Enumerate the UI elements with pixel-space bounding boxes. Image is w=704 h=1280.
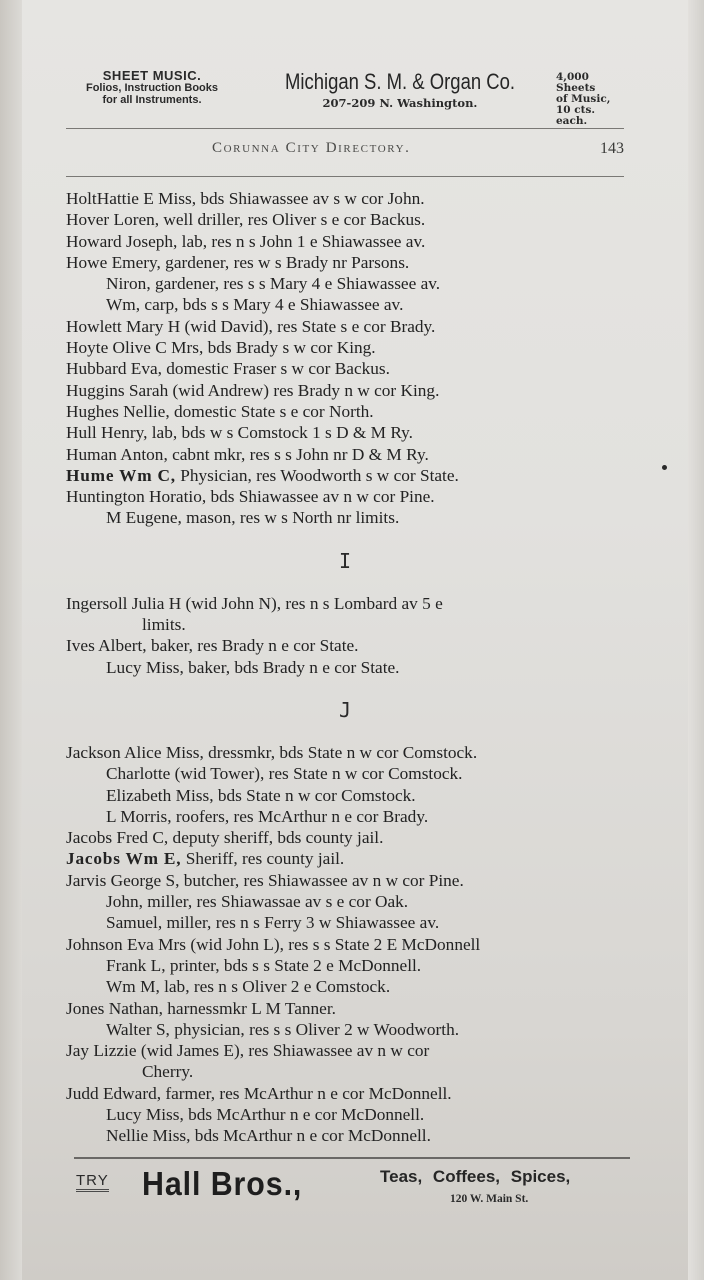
directory-entry: Huntington Horatio, bds Shiawassee av n … (66, 486, 656, 507)
directory-entry: Hull Henry, lab, bds w s Comstock 1 s D … (66, 422, 656, 443)
ad-sheets-count: 4,000 Sheets (556, 72, 626, 94)
directory-entry: Niron, gardener, res s s Mary 4 e Shiawa… (66, 273, 656, 294)
top-advertisement: SHEET MUSIC. Folios, Instruction Books f… (62, 70, 624, 116)
ad-hall-bros: Hall Bros., (142, 1165, 302, 1203)
directory-title: Corunna City Directory. (212, 140, 410, 157)
ad-company-name: Michigan S. M. & Organ Co. (274, 70, 526, 94)
directory-entry: Jones Nathan, harnessmkr L M Tanner. (66, 998, 656, 1019)
section-j-entries: Jackson Alice Miss, dressmkr, bds State … (66, 742, 656, 1147)
ad-try: TRY (76, 1173, 109, 1192)
ad-company-address: 207-209 N. Washington. (250, 96, 550, 110)
directory-entry: Judd Edward, farmer, res McArthur n e co… (66, 1083, 656, 1104)
directory-entry: Hubbard Eva, domestic Fraser s w cor Bac… (66, 358, 656, 379)
page-number: 143 (600, 140, 624, 158)
section-h-entries: HoltHattie E Miss, bds Shiawassee av s w… (66, 188, 656, 529)
directory-entries: HoltHattie E Miss, bds Shiawassee av s w… (66, 188, 656, 1147)
directory-entry: limits. (66, 614, 656, 635)
directory-entry: Huggins Sarah (wid Andrew) res Brady n w… (66, 380, 656, 401)
directory-entry: HoltHattie E Miss, bds Shiawassee av s w… (66, 188, 656, 209)
directory-entry: Lucy Miss, baker, bds Brady n e cor Stat… (66, 657, 656, 678)
ad-price: 10 cts. each. (556, 105, 626, 127)
header-rule-bottom (66, 176, 624, 177)
entry-bold-name: Hume Wm C, (66, 466, 176, 485)
ad-instruments: for all Instruments. (62, 94, 242, 106)
directory-entry: Hume Wm C, Physician, res Woodworth s w … (66, 465, 656, 486)
ad-right-block: 4,000 Sheets of Music, 10 cts. each. (556, 72, 626, 127)
directory-entry: Howe Emery, gardener, res w s Brady nr P… (66, 252, 656, 273)
directory-entry: Jarvis George S, butcher, res Shiawassee… (66, 870, 656, 891)
ad-left-block: SHEET MUSIC. Folios, Instruction Books f… (62, 70, 242, 106)
directory-entry: Jacobs Fred C, deputy sheriff, bds count… (66, 827, 656, 848)
directory-entry: L Morris, roofers, res McArthur n e cor … (66, 806, 656, 827)
entry-text: Physician, res Woodworth s w cor State. (176, 466, 459, 485)
ink-speck (662, 465, 667, 470)
page-edge-right (688, 0, 704, 1280)
directory-entry: Jacobs Wm E, Sheriff, res county jail. (66, 848, 656, 869)
directory-entry: Jay Lizzie (wid James E), res Shiawassee… (66, 1040, 656, 1061)
directory-entry: Jackson Alice Miss, dressmkr, bds State … (66, 742, 656, 763)
directory-entry: Elizabeth Miss, bds State n w cor Comsto… (66, 785, 656, 806)
directory-entry: Cherry. (66, 1061, 656, 1082)
entry-text: Sheriff, res county jail. (181, 849, 344, 868)
directory-entry: Howlett Mary H (wid David), res State s … (66, 316, 656, 337)
header-rule-top (66, 128, 624, 129)
directory-entry: Johnson Eva Mrs (wid John L), res s s St… (66, 934, 656, 955)
directory-entry: Ives Albert, baker, res Brady n e cor St… (66, 635, 656, 656)
directory-entry: Nellie Miss, bds McArthur n e cor McDonn… (66, 1125, 656, 1146)
directory-entry: Hughes Nellie, domestic State s e cor No… (66, 401, 656, 422)
directory-entry: M Eugene, mason, res w s North nr limits… (66, 507, 656, 528)
ad-hall-address: 120 W. Main St. (450, 1193, 528, 1205)
directory-entry: John, miller, res Shiawassae av s e cor … (66, 891, 656, 912)
directory-entry: Charlotte (wid Tower), res State n w cor… (66, 763, 656, 784)
ad-center-block: Michigan S. M. & Organ Co. 207-209 N. Wa… (250, 70, 550, 110)
directory-entry: Howard Joseph, lab, res n s John 1 e Shi… (66, 231, 656, 252)
bottom-advertisement: TRY Hall Bros., Teas, Coffees, Spices, 1… (74, 1163, 634, 1223)
section-i-entries: Ingersoll Julia H (wid John N), res n s … (66, 593, 656, 678)
section-letter-i: I (66, 529, 624, 593)
entry-bold-name: Jacobs Wm E, (66, 849, 181, 868)
page-edge-left (0, 0, 22, 1280)
directory-entry: Wm M, lab, res n s Oliver 2 e Comstock. (66, 976, 656, 997)
ad-folios: Folios, Instruction Books (62, 82, 242, 94)
directory-entry: Samuel, miller, res n s Ferry 3 w Shiawa… (66, 912, 656, 933)
ad-sheet-music: SHEET MUSIC. (62, 70, 242, 82)
directory-entry: Hover Loren, well driller, res Oliver s … (66, 209, 656, 230)
directory-entry: Lucy Miss, bds McArthur n e cor McDonnel… (66, 1104, 656, 1125)
section-letter-j: J (66, 678, 624, 742)
directory-entry: Ingersoll Julia H (wid John N), res n s … (66, 593, 656, 614)
directory-entry: Human Anton, cabnt mkr, res s s John nr … (66, 444, 656, 465)
ad-goods: Teas, Coffees, Spices, (380, 1167, 570, 1187)
directory-entry: Frank L, printer, bds s s State 2 e McDo… (66, 955, 656, 976)
directory-entry: Wm, carp, bds s s Mary 4 e Shiawassee av… (66, 294, 656, 315)
directory-entry: Hoyte Olive C Mrs, bds Brady s w cor Kin… (66, 337, 656, 358)
directory-entry: Walter S, physician, res s s Oliver 2 w … (66, 1019, 656, 1040)
footer-rule (74, 1157, 630, 1159)
running-head: Corunna City Directory. 143 (66, 140, 624, 162)
